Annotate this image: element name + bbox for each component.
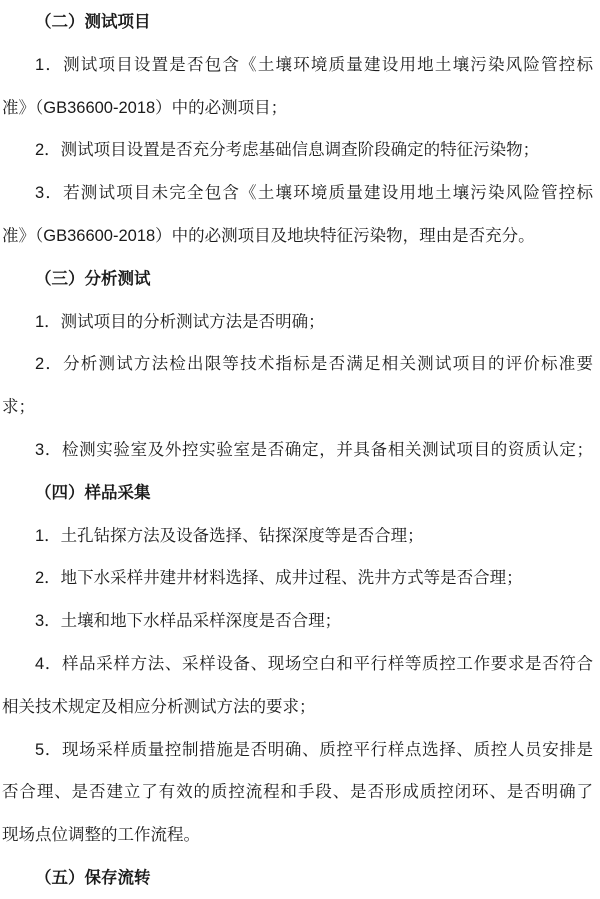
- paragraph-line: 3．土壤和地下水样品采样深度是否合理；: [2, 600, 593, 643]
- paragraph-line: 5．现场采样质量控制措施是否明确、质控平行样点选择、质控人员安排是: [2, 729, 593, 772]
- section-heading: （三）分析测试: [2, 258, 593, 301]
- section-heading: （二）测试项目: [2, 1, 593, 44]
- paragraph-line: 2．分析测试方法检出限等技术指标是否满足相关测试项目的评价标准要: [2, 343, 593, 386]
- paragraph-line: 相关技术规定及相应分析测试方法的要求；: [2, 686, 593, 729]
- paragraph-line: 准》（GB36600-2018）中的必测项目及地块特征污染物，理由是否充分。: [2, 215, 593, 258]
- paragraph-line: 2．测试项目设置是否充分考虑基础信息调查阶段确定的特征污染物；: [2, 129, 593, 172]
- document-page: （二）测试项目 1．测试项目设置是否包含《土壤环境质量建设用地土壤污染风险管控标…: [0, 0, 600, 899]
- paragraph-line: 现场点位调整的工作流程。: [2, 814, 593, 857]
- paragraph-line: 2．地下水采样井建井材料选择、成井过程、洗井方式等是否合理；: [2, 557, 593, 600]
- paragraph-line: 1．测试项目的分析测试方法是否明确；: [2, 301, 593, 344]
- paragraph-line: 求；: [2, 386, 593, 429]
- paragraph-line: 1．测试项目设置是否包含《土壤环境质量建设用地土壤污染风险管控标: [2, 44, 593, 87]
- paragraph-line: 4．样品采样方法、采样设备、现场空白和平行样等质控工作要求是否符合: [2, 643, 593, 686]
- paragraph-line: 3．检测实验室及外控实验室是否确定，并具备相关测试项目的资质认定；: [2, 429, 593, 472]
- paragraph-line: 3．若测试项目未完全包含《土壤环境质量建设用地土壤污染风险管控标: [2, 172, 593, 215]
- section-heading: （四）样品采集: [2, 472, 593, 515]
- paragraph-line: 1．土孔钻探方法及设备选择、钻探深度等是否合理；: [2, 515, 593, 558]
- paragraph-line: 准》（GB36600-2018）中的必测项目；: [2, 87, 593, 130]
- section-heading: （五）保存流转: [2, 857, 593, 899]
- paragraph-line: 否合理、是否建立了有效的质控流程和手段、是否形成质控闭环、是否明确了: [2, 771, 593, 814]
